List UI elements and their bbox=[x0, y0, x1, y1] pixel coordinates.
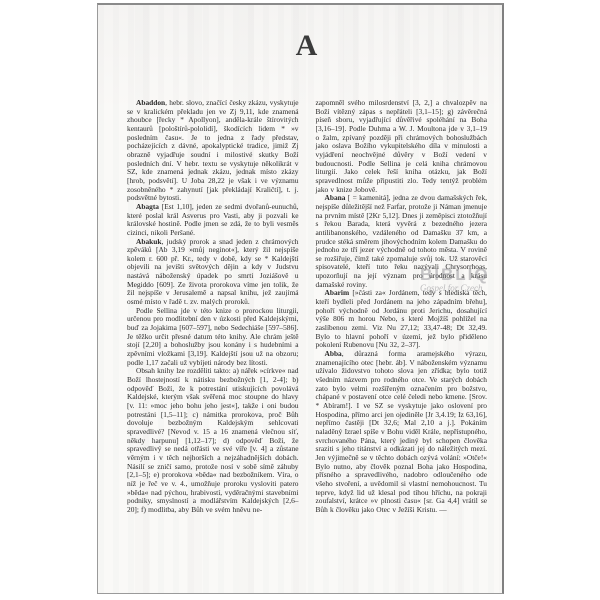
left-column: Abaddon, hebr. slovo, značící česky zkáz… bbox=[127, 99, 299, 565]
entry-abakuk: Abakuk, judský prorok a snad jeden z chr… bbox=[127, 238, 299, 307]
entry-headword-abarim: Abarim bbox=[325, 288, 350, 297]
right-column: zapomněl svého milosrdenství [3, 2,] a c… bbox=[316, 99, 488, 565]
entry-headword-abagta: Abagta bbox=[136, 202, 159, 211]
entry-body-text: [»části za« Jordánem, tedy s hlediska tě… bbox=[316, 288, 488, 349]
entry-abba: Abba, důrazná forma aramejského výrazu, … bbox=[316, 350, 488, 514]
entry-headword-abakuk: Abakuk bbox=[136, 237, 161, 246]
text-columns: Abaddon, hebr. slovo, značící česky zkáz… bbox=[127, 99, 487, 565]
entry-headword-abana: Abana bbox=[325, 193, 346, 202]
paragraph-abakuk-continuation: zapomněl svého milosrdenství [3, 2,] a c… bbox=[316, 99, 488, 194]
entry-abana: Abana [ = kamenitá], jedna ze dvou damaš… bbox=[316, 194, 488, 289]
section-letter-heading: A bbox=[127, 29, 487, 63]
entry-abaddon: Abaddon, hebr. slovo, značící česky zkáz… bbox=[127, 99, 299, 203]
paragraph-abakuk-dating: Podle Sellina jde v této knize o prorock… bbox=[127, 307, 299, 368]
entry-body-text: , judský prorok a snad jeden z chrámovýc… bbox=[127, 237, 299, 307]
paragraph-abakuk-contents: Obsah knihy lze rozděliti takto: a) náře… bbox=[127, 367, 299, 514]
entry-body-text: [ = kamenitá], jedna ze dvou damašských … bbox=[316, 193, 488, 289]
entry-abarim: Abarim [»části za« Jordánem, tedy s hled… bbox=[316, 289, 488, 350]
entry-abagta: Abagta [Est 1,10], jeden ze sedmi dvořan… bbox=[127, 203, 299, 238]
entry-body-text: zapomněl svého milosrdenství [3, 2,] a c… bbox=[316, 99, 488, 194]
scanned-dictionary-page: A Abaddon, hebr. slovo, značící česky zk… bbox=[97, 3, 504, 594]
entry-body-text: Obsah knihy lze rozděliti takto: a) náře… bbox=[127, 366, 299, 514]
entry-body-text: , hebr. slovo, značící česky zkázu, vysk… bbox=[127, 99, 299, 202]
entry-body-text: Podle Sellina jde v této knize o prorock… bbox=[127, 306, 299, 367]
entry-headword-abba: Abba bbox=[325, 349, 342, 358]
entry-body-text: , důrazná forma aramejského výrazu, znam… bbox=[316, 349, 488, 514]
